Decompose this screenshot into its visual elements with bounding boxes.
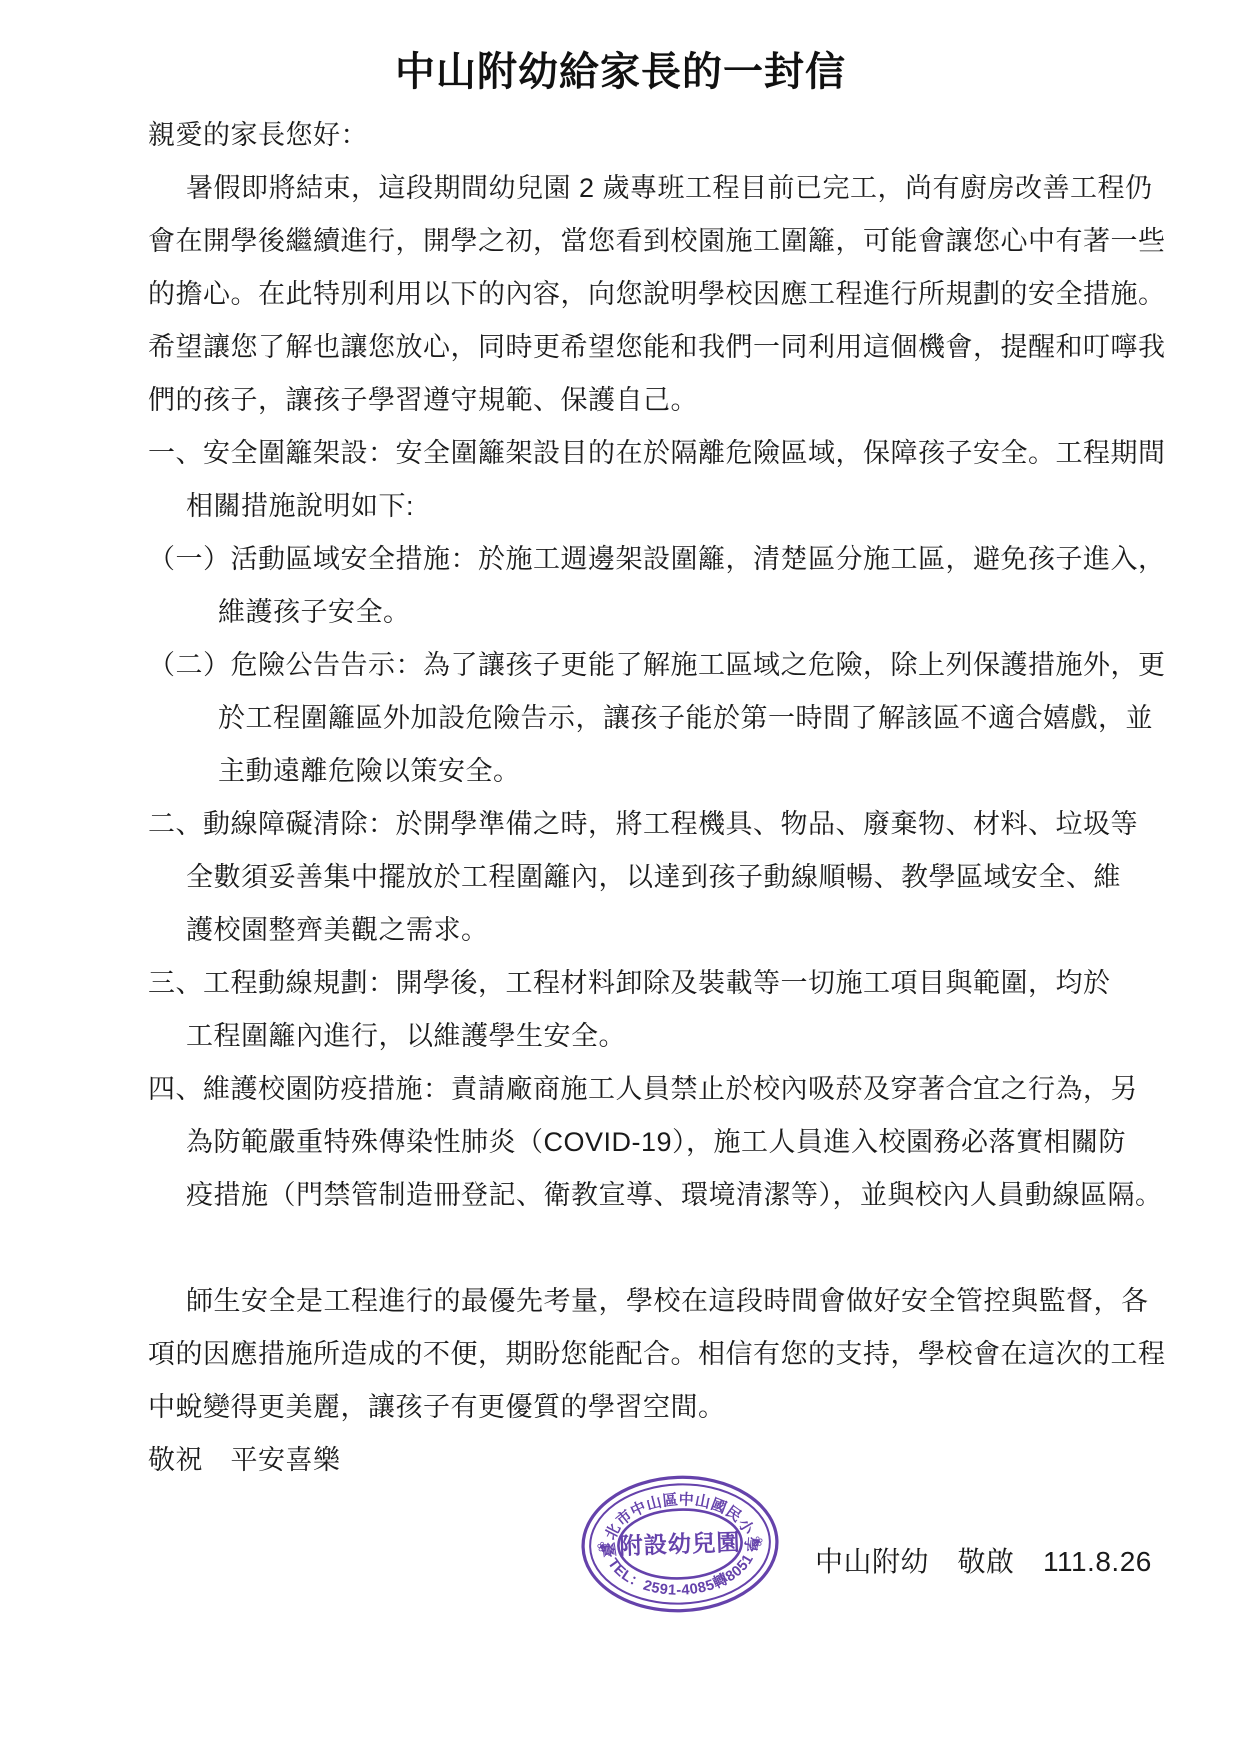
letter-line <box>0 1219 1241 1272</box>
letter-line: 全數須妥善集中擺放於工程圍籬內，以達到孩子動線順暢、教學區域安全、維 <box>0 848 1241 901</box>
letter-line: 疫措施（門禁管制造冊登記、衛教宣導、環境清潔等），並與校內人員動線區隔。 <box>0 1166 1241 1219</box>
letter-page: 中山附幼給家長的一封信 親愛的家長您好：暑假即將結束，這段期間幼兒園 2 歲專班… <box>0 0 1241 1755</box>
letter-line: 一、安全圍籬架設：安全圍籬架設目的在於隔離危險區域，保障孩子安全。工程期間 <box>0 424 1241 477</box>
stamp-center-text: 附設幼兒園 <box>619 1529 741 1560</box>
stamp-flower-right-icon: ❀ <box>752 1534 764 1549</box>
letter-line: 親愛的家長您好： <box>0 106 1241 159</box>
stamp-flower-left-icon: ❀ <box>597 1539 609 1554</box>
letter-line: 中蛻變得更美麗，讓孩子有更優質的學習空間。 <box>0 1378 1241 1431</box>
letter-line: 維護孩子安全。 <box>0 583 1241 636</box>
letter-line: 護校園整齊美觀之需求。 <box>0 901 1241 954</box>
letter-line: （一）活動區域安全措施：於施工週邊架設圍籬，清楚區分施工區，避免孩子進入， <box>0 530 1241 583</box>
letter-line: 相關措施說明如下: <box>0 477 1241 530</box>
letter-body: 親愛的家長您好：暑假即將結束，這段期間幼兒園 2 歲專班工程目前已完工，尚有廚房… <box>0 106 1241 1484</box>
letter-line: 暑假即將結束，這段期間幼兒園 2 歲專班工程目前已完工，尚有廚房改善工程仍 <box>0 159 1241 212</box>
letter-line: 四、維護校園防疫措施：責請廠商施工人員禁止於校內吸菸及穿著合宜之行為，另 <box>0 1060 1241 1113</box>
letter-line: 為防範嚴重特殊傳染性肺炎（COVID-19），施工人員進入校園務必落實相關防 <box>0 1113 1241 1166</box>
letter-line: 主動遠離危險以策安全。 <box>0 742 1241 795</box>
school-seal-stamp: 臺北市中山區中山國民小學 TEL：2591-4085轉8051 附設幼兒園 ❀ … <box>577 1470 784 1619</box>
letter-line: 會在開學後繼續進行，開學之初，當您看到校園施工圍籬，可能會讓您心中有著一些 <box>0 212 1241 265</box>
signature-line: 中山附幼 敬啟 111.8.26 <box>815 1540 1152 1580</box>
letter-line: 希望讓您了解也讓您放心，同時更希望您能和我們一同利用這個機會，提醒和叮嚀我 <box>0 318 1241 371</box>
letter-line: 項的因應措施所造成的不便，期盼您能配合。相信有您的支持，學校會在這次的工程 <box>0 1325 1241 1378</box>
letter-line: 師生安全是工程進行的最優先考量，學校在這段時間會做好安全管控與監督，各 <box>0 1272 1241 1325</box>
letter-line: 二、動線障礙清除：於開學準備之時，將工程機具、物品、廢棄物、材料、垃圾等 <box>0 795 1241 848</box>
letter-line: 於工程圍籬區外加設危險告示，讓孩子能於第一時間了解該區不適合嬉戲，並 <box>0 689 1241 742</box>
letter-line: 工程圍籬內進行，以維護學生安全。 <box>0 1007 1241 1060</box>
letter-line: 三、工程動線規劃：開學後，工程材料卸除及裝載等一切施工項目與範圍，均於 <box>0 954 1241 1007</box>
letter-line: 的擔心。在此特別利用以下的內容，向您說明學校因應工程進行所規劃的安全措施。 <box>0 265 1241 318</box>
letter-line: 們的孩子，讓孩子學習遵守規範、保護自己。 <box>0 371 1241 424</box>
letter-line: （二）危險公告告示：為了讓孩子更能了解施工區域之危險，除上列保護措施外，更 <box>0 636 1241 689</box>
page-title: 中山附幼給家長的一封信 <box>0 0 1241 94</box>
